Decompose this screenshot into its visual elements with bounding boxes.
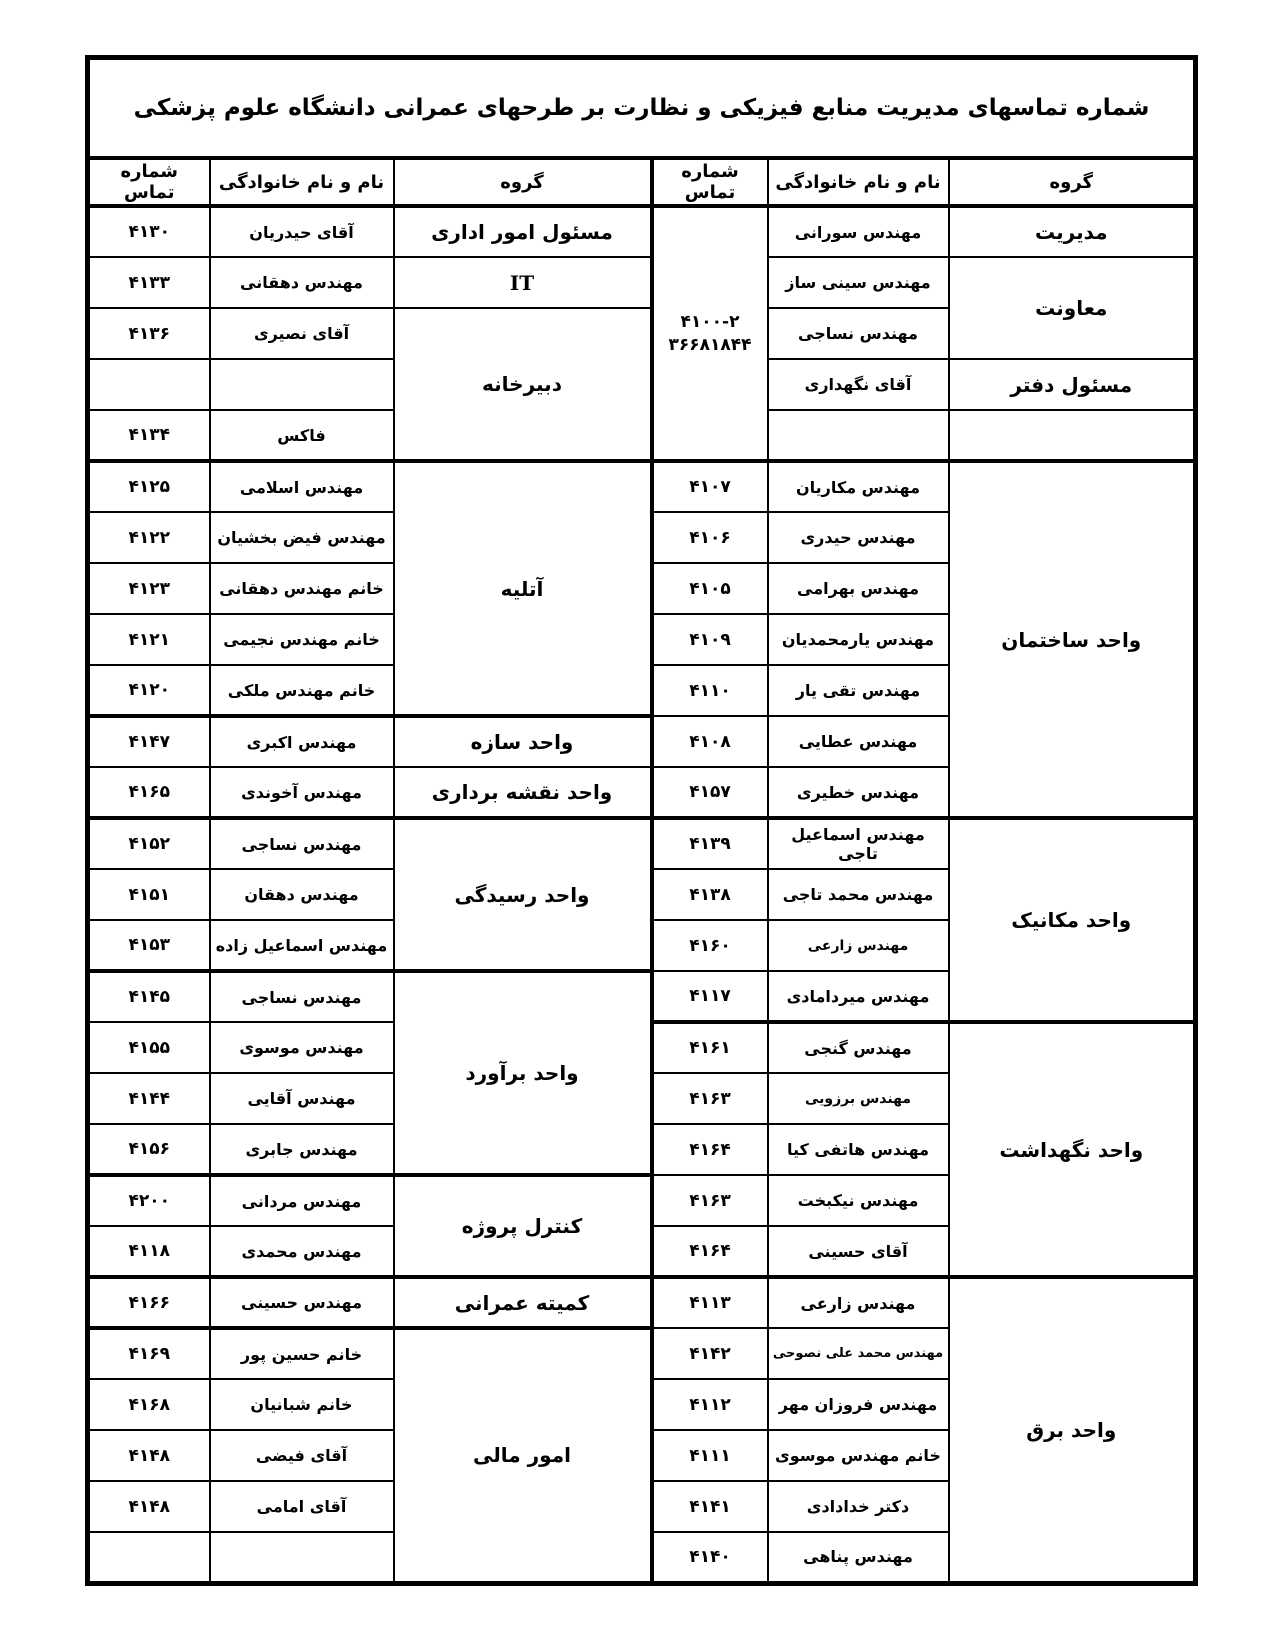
group-cell: واحد نقشه برداری (394, 767, 652, 818)
group-cell: کمیته عمرانی (394, 1277, 652, 1328)
group-cell: واحد برق (949, 1277, 1196, 1583)
name-cell (768, 410, 949, 461)
phone-cell: ۴۱۶۱ (652, 1022, 768, 1073)
phone-cell: ۴۱۰۹ (652, 614, 768, 665)
name-cell: خانم حسین پور (210, 1328, 394, 1379)
phone-cell: ۴۱۱۱ (652, 1430, 768, 1481)
name-cell: خانم مهندس موسوی (768, 1430, 949, 1481)
name-cell (210, 359, 394, 410)
phone-cell: ۴۱۲۳ (88, 563, 210, 614)
phone-cell: ۴۱۶۳ (652, 1073, 768, 1124)
table-row: مدیریت مهندس سورانی ۴۱۰۰-۲ ۳۶۶۸۱۸۴۴ مسئو… (88, 206, 1196, 257)
group-cell: واحد رسیدگی (394, 818, 652, 971)
name-cell: مهندس اسماعیل زاده (210, 920, 394, 971)
title-row: شماره تماسهای مدیریت منابع فیزیکی و نظار… (88, 58, 1196, 159)
name-cell: مهندس نساجی (210, 818, 394, 869)
name-cell: مهندس دهقان (210, 869, 394, 920)
col-header-name-left: نام و نام خانوادگی (210, 158, 394, 206)
name-cell: مهندس اکبری (210, 716, 394, 767)
name-cell: مهندس اسلامی (210, 461, 394, 512)
name-cell: مهندس سورانی (768, 206, 949, 257)
phone-cell: ۴۱۶۶ (88, 1277, 210, 1328)
phone-directory-table: شماره تماسهای مدیریت منابع فیزیکی و نظار… (85, 55, 1198, 1586)
phone-cell: ۴۱۴۲ (652, 1328, 768, 1379)
phone-cell: ۴۱۴۷ (88, 716, 210, 767)
phone-cell: ۴۱۴۵ (88, 971, 210, 1022)
name-cell: مهندس بهرامی (768, 563, 949, 614)
name-cell: مهندس نساجی (210, 971, 394, 1022)
phone-cell: ۴۱۱۷ (652, 971, 768, 1022)
phone-cell: ۴۱۴۱ (652, 1481, 768, 1532)
group-cell: مسئول امور اداری (394, 206, 652, 257)
col-header-name-right: نام و نام خانوادگی (768, 158, 949, 206)
phone-cell: ۴۱۳۰ (88, 206, 210, 257)
phone-cell: ۴۱۳۶ (88, 308, 210, 359)
name-cell: مهندس خطیری (768, 767, 949, 818)
group-cell: IT (394, 257, 652, 308)
phone-cell: ۴۱۲۲ (88, 512, 210, 563)
phone-cell: ۴۱۳۸ (652, 869, 768, 920)
name-cell: مهندس عطایی (768, 716, 949, 767)
name-cell: مهندس محمدی (210, 1226, 394, 1277)
name-cell: مهندس سینی ساز (768, 257, 949, 308)
phone-cell: ۴۱۶۴ (652, 1124, 768, 1175)
phone-cell: ۴۱۳۳ (88, 257, 210, 308)
phone-cell-merged: ۴۱۰۰-۲ ۳۶۶۸۱۸۴۴ (652, 206, 768, 461)
name-cell: آقای امامی (210, 1481, 394, 1532)
phone-cell: ۴۱۴۰ (652, 1532, 768, 1583)
name-cell: مهندس محمد تاجی (768, 869, 949, 920)
phone-cell: ۴۱۳۴ (88, 410, 210, 461)
name-cell: مهندس جابری (210, 1124, 394, 1175)
phone-cell: ۴۱۰۵ (652, 563, 768, 614)
document-page: شماره تماسهای مدیریت منابع فیزیکی و نظار… (0, 0, 1275, 1650)
group-cell: امور مالی (394, 1328, 652, 1583)
phone-cell: ۴۱۴۸ (88, 1481, 210, 1532)
name-cell: مهندس حیدری (768, 512, 949, 563)
name-cell: مهندس آخوندی (210, 767, 394, 818)
phone-cell: ۴۱۵۶ (88, 1124, 210, 1175)
name-cell: مهندس پناهی (768, 1532, 949, 1583)
phone-cell: ۴۱۶۸ (88, 1379, 210, 1430)
phone-cell: ۴۱۱۲ (652, 1379, 768, 1430)
name-cell: مهندس زارعی (768, 1277, 949, 1328)
name-cell: خانم مهندس دهقانی (210, 563, 394, 614)
phone-cell: ۴۱۱۸ (88, 1226, 210, 1277)
col-header-group-right: گروه (949, 158, 1196, 206)
name-cell: مهندس فروزان مهر (768, 1379, 949, 1430)
name-cell: مهندس یارمحمدیان (768, 614, 949, 665)
name-cell: مهندس نیکبخت (768, 1175, 949, 1226)
phone-cell: ۴۱۳۹ (652, 818, 768, 869)
phone-cell: ۴۱۰۶ (652, 512, 768, 563)
group-cell: واحد نگهداشت (949, 1022, 1196, 1277)
phone-cell: ۴۱۵۷ (652, 767, 768, 818)
name-cell: مهندس دهقانی (210, 257, 394, 308)
table-row: معاونت مهندس سینی ساز IT مهندس دهقانی ۴۱… (88, 257, 1196, 308)
name-cell: مهندس تقی یار (768, 665, 949, 716)
phone-line-1: ۴۱۰۰-۲ (657, 314, 764, 331)
phone-line-2: ۳۶۶۸۱۸۴۴ (657, 337, 764, 354)
name-cell: مهندس اسماعیل تاجی (768, 818, 949, 869)
group-cell: واحد ساختمان (949, 461, 1196, 818)
name-cell: خانم مهندس نجیمی (210, 614, 394, 665)
name-cell: مهندس حسینی (210, 1277, 394, 1328)
name-cell: مهندس مکاریان (768, 461, 949, 512)
name-cell: آقای حسینی (768, 1226, 949, 1277)
col-header-phone-right: شماره تماس (652, 158, 768, 206)
phone-cell: ۴۱۰۷ (652, 461, 768, 512)
name-cell: مهندس فیض بخشیان (210, 512, 394, 563)
name-cell: مهندس هاتفی کیا (768, 1124, 949, 1175)
name-cell: آقای حیدریان (210, 206, 394, 257)
phone-cell: ۴۱۰۸ (652, 716, 768, 767)
name-cell: فاکس (210, 410, 394, 461)
phone-cell: ۴۱۲۰ (88, 665, 210, 716)
page-title: شماره تماسهای مدیریت منابع فیزیکی و نظار… (88, 58, 1196, 159)
group-cell: آتلیه (394, 461, 652, 716)
name-cell: دکتر خدادادی (768, 1481, 949, 1532)
header-row: گروه نام و نام خانوادگی شماره تماس گروه … (88, 158, 1196, 206)
phone-cell: ۴۱۴۸ (88, 1430, 210, 1481)
group-cell: معاونت (949, 257, 1196, 359)
group-cell: واحد سازه (394, 716, 652, 767)
name-cell: مهندس محمد علی نصوحی (768, 1328, 949, 1379)
group-cell: مسئول دفتر (949, 359, 1196, 410)
phone-cell: ۴۱۵۵ (88, 1022, 210, 1073)
phone-cell: ۴۱۵۱ (88, 869, 210, 920)
phone-cell: ۴۱۶۴ (652, 1226, 768, 1277)
group-cell: کنترل پروژه (394, 1175, 652, 1277)
name-cell: مهندس نساجی (768, 308, 949, 359)
group-cell: دبیرخانه (394, 308, 652, 461)
group-cell: واحد مکانیک (949, 818, 1196, 1022)
name-cell: مهندس موسوی (210, 1022, 394, 1073)
group-cell (949, 410, 1196, 461)
name-cell (210, 1532, 394, 1583)
table-row: واحد مکانیک مهندس اسماعیل تاجی ۴۱۳۹ واحد… (88, 818, 1196, 869)
phone-cell: ۴۱۶۰ (652, 920, 768, 971)
name-cell: آقای نصیری (210, 308, 394, 359)
phone-cell: ۴۱۲۱ (88, 614, 210, 665)
phone-cell: ۴۲۰۰ (88, 1175, 210, 1226)
name-cell: آقای نگهداری (768, 359, 949, 410)
name-cell: مهندس میردامادی (768, 971, 949, 1022)
phone-cell (88, 359, 210, 410)
col-header-phone-left: شماره تماس (88, 158, 210, 206)
name-cell: مهندس برزویی (768, 1073, 949, 1124)
name-cell: مهندس آقایی (210, 1073, 394, 1124)
phone-cell (88, 1532, 210, 1583)
name-cell: خانم شبانیان (210, 1379, 394, 1430)
group-cell: مدیریت (949, 206, 1196, 257)
name-cell: خانم مهندس ملکی (210, 665, 394, 716)
name-cell: مهندس زارعی (768, 920, 949, 971)
table-row: واحد برق مهندس زارعی ۴۱۱۳ کمیته عمرانی م… (88, 1277, 1196, 1328)
phone-cell: ۴۱۴۴ (88, 1073, 210, 1124)
phone-cell: ۴۱۱۳ (652, 1277, 768, 1328)
name-cell: مهندس مردانی (210, 1175, 394, 1226)
phone-cell: ۴۱۶۹ (88, 1328, 210, 1379)
phone-cell: ۴۱۶۵ (88, 767, 210, 818)
phone-cell: ۴۱۲۵ (88, 461, 210, 512)
phone-cell: ۴۱۱۰ (652, 665, 768, 716)
name-cell: مهندس گنجی (768, 1022, 949, 1073)
table-row: واحد ساختمان مهندس مکاریان ۴۱۰۷ آتلیه مه… (88, 461, 1196, 512)
phone-cell: ۴۱۵۳ (88, 920, 210, 971)
col-header-group-left: گروه (394, 158, 652, 206)
name-cell: آقای فیضی (210, 1430, 394, 1481)
phone-cell: ۴۱۶۳ (652, 1175, 768, 1226)
group-cell: واحد برآورد (394, 971, 652, 1175)
phone-cell: ۴۱۵۲ (88, 818, 210, 869)
